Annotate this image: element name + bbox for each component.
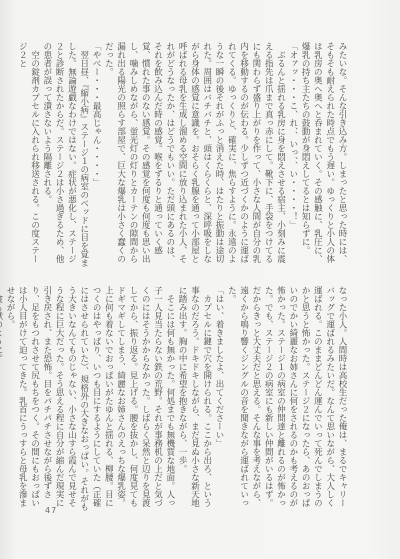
lower-text-block: なった小人。人間時は高校生だった俺は、まるでキャリーバッグで運ばれるみたいだ。な…: [46, 286, 349, 512]
novel-paragraph: なった小人。人間時は高校生だった俺は、まるでキャリーバッグで運ばれるみたいだ。な…: [226, 286, 349, 512]
dialogue-line: 「やべー・・・最高じゃん・・・・」: [91, 42, 103, 271]
novel-paragraph: そこには何も無かった。何処までも無機質な地面。人っ子一人見当たらない鉄の荒野。そ…: [5, 286, 177, 512]
page-number: 47: [45, 506, 57, 515]
scanned-book-page: みたいな。そんな引き込み方。しまったと思った時には、そもそも耐えられた時点でもう…: [0, 0, 400, 559]
novel-paragraph: 翌日昼、『縮小病』ステージ１の病室のベッドに目を覚ました。無論遊戯なわけではない…: [42, 42, 91, 271]
upper-text-block: みたいな。そんな引き込み方。しまったと思った時には、そもそも耐えられた時点でもう…: [46, 42, 349, 271]
novel-paragraph: ぶるんと揺れる乳房に身を悶えさせる宿主、小刻みに震える指先は爪まで真っ赤にして。…: [103, 42, 287, 271]
novel-paragraph: カプセルに鍵で穴を開けられる。ここから出ろ、という事なのだろう。ドキドキしながら…: [177, 286, 214, 512]
dialogue-line: 「オァッ・・・こ、れ、、いっ、、い・・・・！」: [288, 42, 300, 271]
novel-paragraph: 貪る獣のように。: [0, 286, 5, 512]
novel-paragraph: 空の錠剤カプセルに入れられ移送される。この度ステージ２と: [17, 42, 42, 271]
novel-paragraph: みたいな。そんな引き込み方。しまったと思った時には、そもそも耐えられた時点でもう…: [300, 42, 349, 271]
dialogue-line: 「はい、着きましたよ、出てくださーい」: [214, 286, 226, 512]
